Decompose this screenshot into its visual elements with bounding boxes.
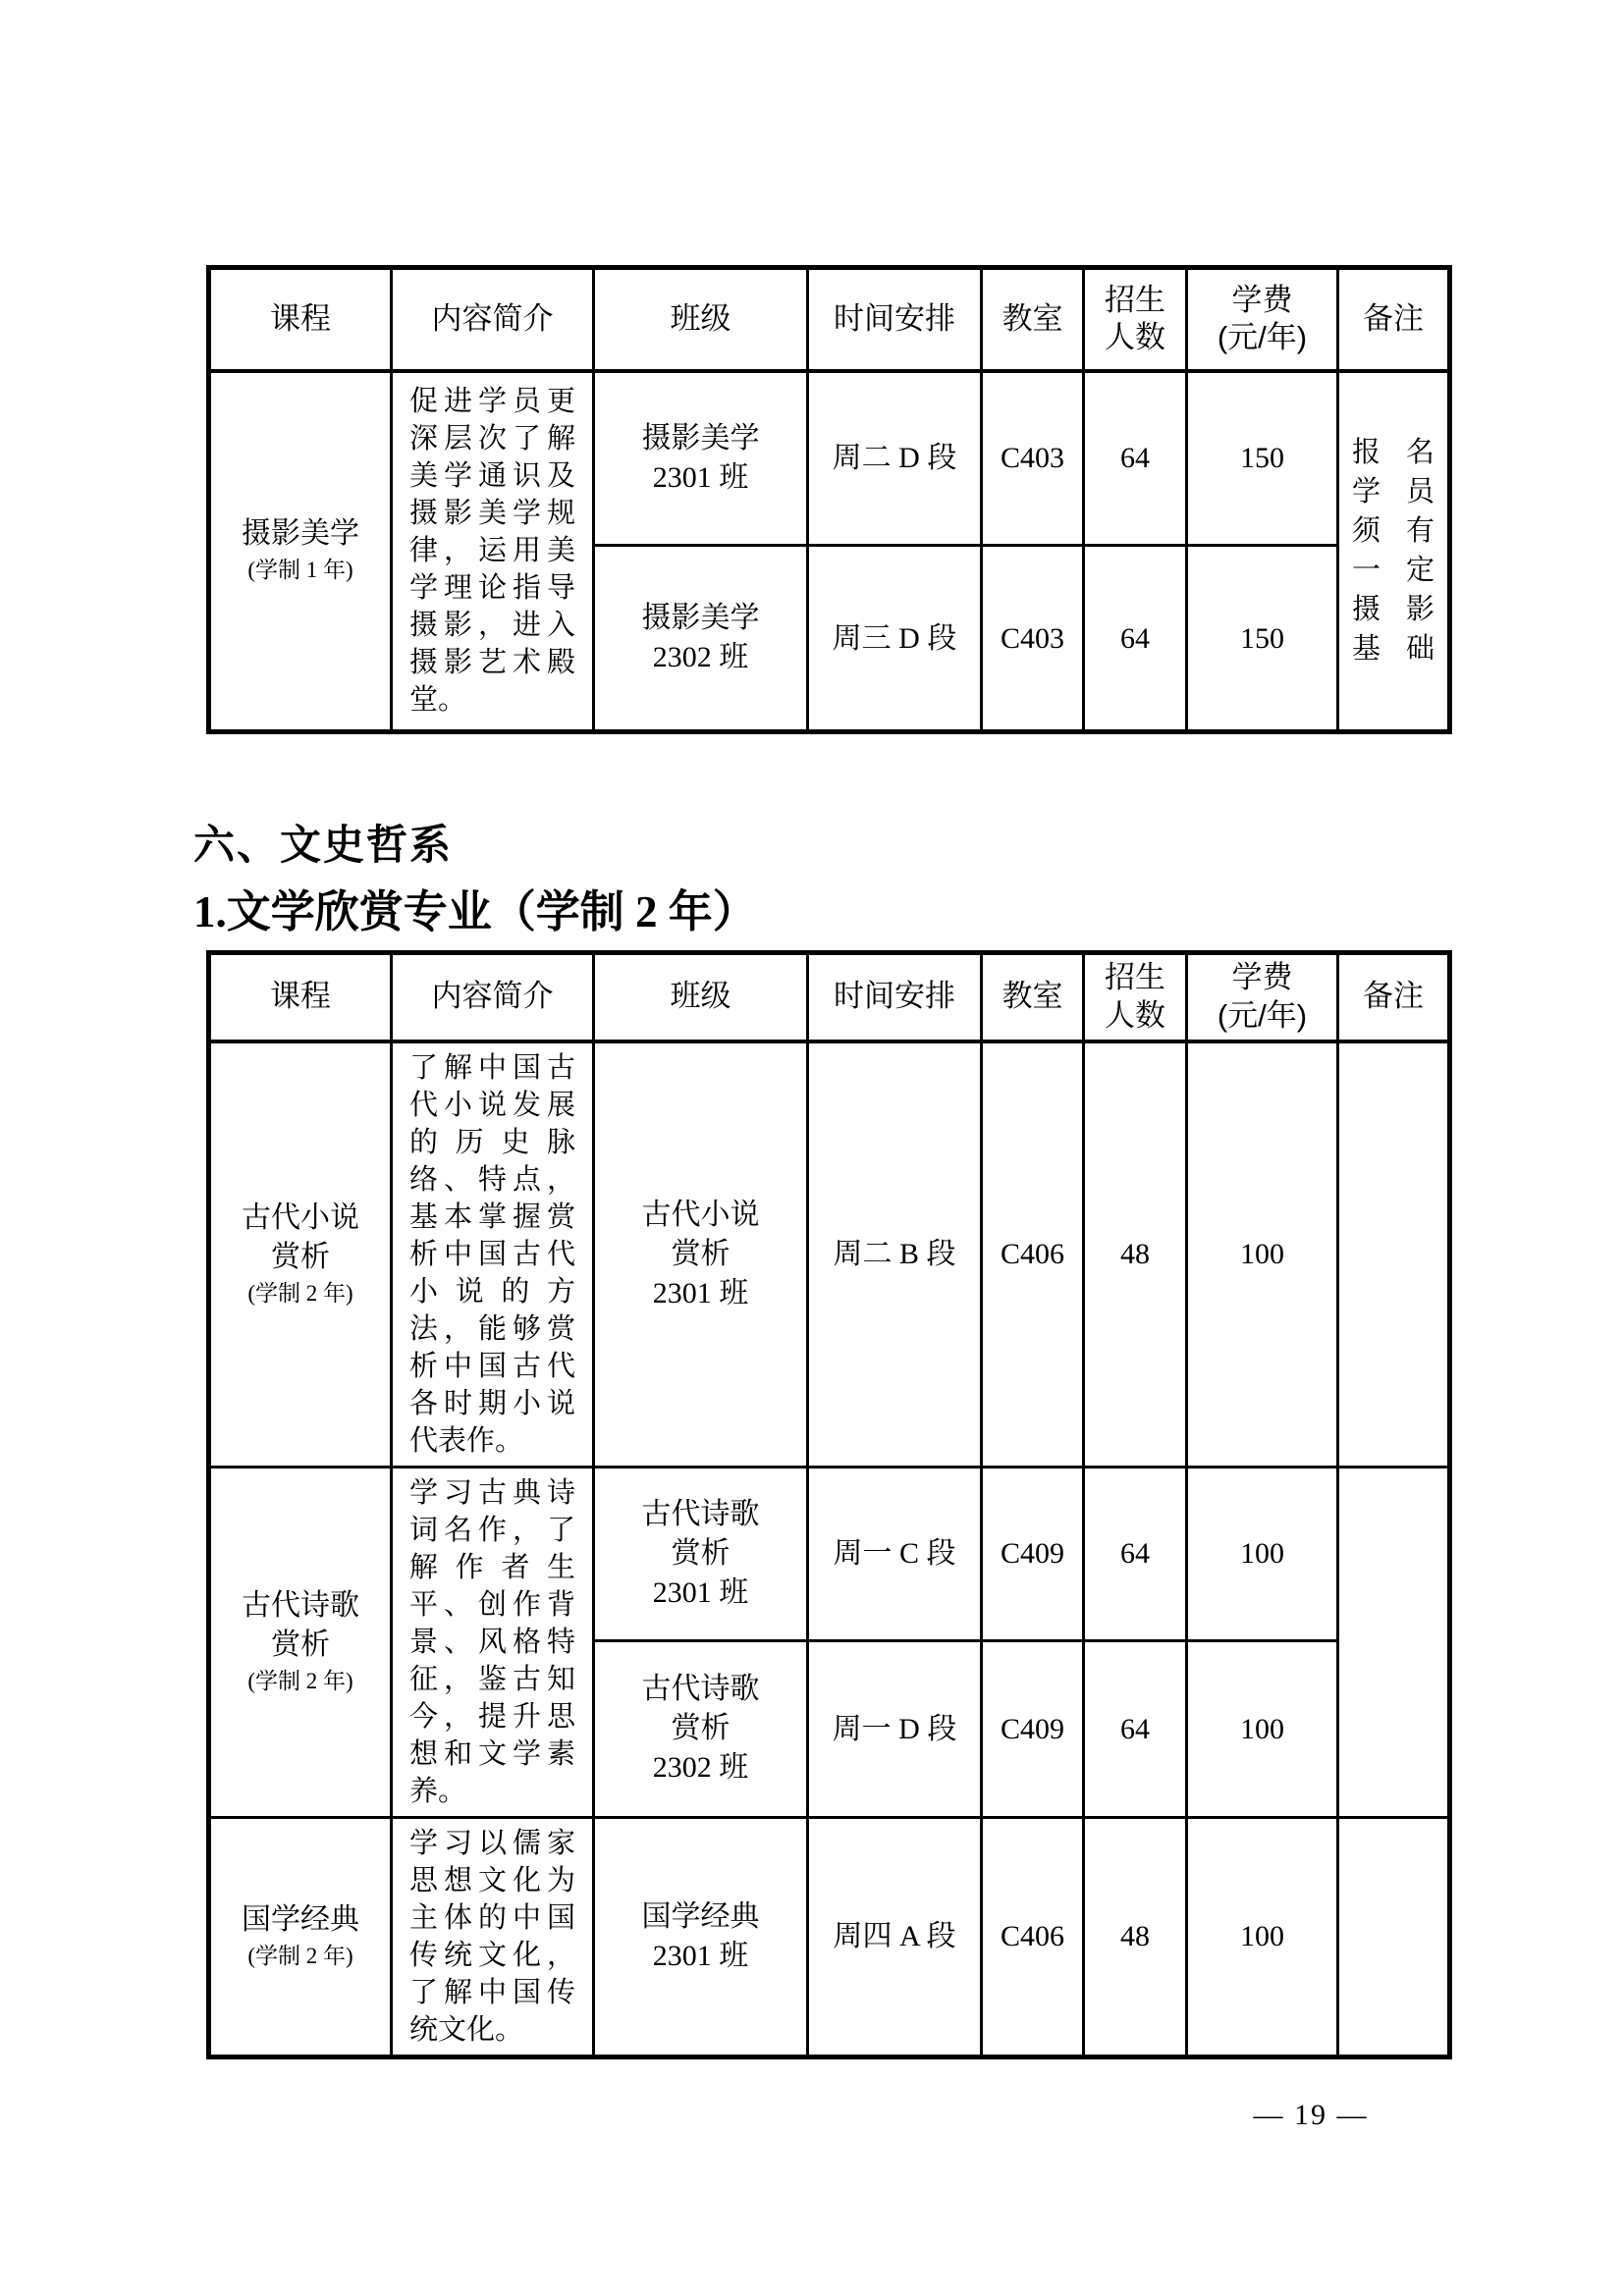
- cell-capacity: 64: [1084, 1467, 1187, 1641]
- cell-intro: 了解中国古代小说发展的历史脉络、特点，基本掌握赏析中国古代小说的方法，能够赏析中…: [392, 1041, 594, 1468]
- course-duration: (学制 2 年): [217, 1665, 384, 1698]
- header-fee: 学费 (元/年): [1187, 268, 1338, 371]
- cell-fee: 100: [1187, 1041, 1338, 1468]
- course-name: 古代小说 赏析: [217, 1199, 384, 1277]
- course-name: 古代诗歌 赏析: [217, 1586, 384, 1665]
- cell-capacity: 48: [1084, 1817, 1187, 2056]
- remark-text: 报名学员须有一定摄影基础: [1352, 433, 1435, 668]
- header-fee: 学费 (元/年): [1187, 953, 1338, 1041]
- cell-time: 周二 D 段: [808, 371, 982, 546]
- course-duration: (学制 1 年): [217, 554, 384, 587]
- table-header-row: 课程 内容简介 班级 时间安排 教室 招生 人数 学费 (元/年) 备注: [209, 953, 1450, 1041]
- cell-capacity: 64: [1084, 546, 1187, 732]
- cell-class: 国学经典 2301 班: [594, 1817, 808, 2056]
- cell-course: 古代小说 赏析 (学制 2 年): [209, 1041, 392, 1468]
- header-course: 课程: [209, 953, 392, 1041]
- cell-capacity: 64: [1084, 1641, 1187, 1817]
- cell-room: C409: [982, 1641, 1084, 1817]
- cell-time: 周四 A 段: [808, 1817, 982, 2056]
- cell-remark: 报名学员须有一定摄影基础: [1338, 371, 1450, 732]
- cell-intro: 学习古典诗词名作，了解作者生平、创作背景、风格特征，鉴古知今，提升思想和文学素养…: [392, 1467, 594, 1817]
- cell-class: 古代小说 赏析 2301 班: [594, 1041, 808, 1468]
- header-class: 班级: [594, 268, 808, 371]
- table-row: 古代诗歌 赏析 (学制 2 年) 学习古典诗词名作，了解作者生平、创作背景、风格…: [209, 1467, 1450, 1641]
- course-duration: (学制 2 年): [217, 1940, 384, 1973]
- document-page: 课程 内容简介 班级 时间安排 教室 招生 人数 学费 (元/年) 备注 摄影美…: [0, 0, 1624, 2296]
- table-header-row: 课程 内容简介 班级 时间安排 教室 招生 人数 学费 (元/年) 备注: [209, 268, 1450, 371]
- cell-capacity: 64: [1084, 371, 1187, 546]
- header-remark: 备注: [1338, 953, 1450, 1041]
- header-capacity: 招生 人数: [1084, 268, 1187, 371]
- header-room: 教室: [982, 953, 1084, 1041]
- header-class: 班级: [594, 953, 808, 1041]
- cell-class: 古代诗歌 赏析 2302 班: [594, 1641, 808, 1817]
- cell-time: 周二 B 段: [808, 1041, 982, 1468]
- header-time: 时间安排: [808, 268, 982, 371]
- cell-time: 周一 C 段: [808, 1467, 982, 1641]
- page-number: — 19 —: [1203, 2099, 1419, 2132]
- table-row: 古代小说 赏析 (学制 2 年) 了解中国古代小说发展的历史脉络、特点，基本掌握…: [209, 1041, 1450, 1468]
- course-name: 国学经典: [217, 1900, 384, 1940]
- cell-intro: 学习以儒家思想文化为主体的中国传统文化，了解中国传统文化。: [392, 1817, 594, 2056]
- cell-fee: 150: [1187, 546, 1338, 732]
- course-name: 摄影美学: [217, 514, 384, 554]
- header-room: 教室: [982, 268, 1084, 371]
- cell-intro: 促进学员更深层次了解美学通识及摄影美学规律，运用美学理论指导摄影，进入摄影艺术殿…: [392, 371, 594, 732]
- cell-fee: 150: [1187, 371, 1338, 546]
- cell-course: 摄影美学 (学制 1 年): [209, 371, 392, 732]
- cell-time: 周一 D 段: [808, 1641, 982, 1817]
- cell-course: 国学经典 (学制 2 年): [209, 1817, 392, 2056]
- cell-class: 古代诗歌 赏析 2301 班: [594, 1467, 808, 1641]
- cell-fee: 100: [1187, 1641, 1338, 1817]
- cell-remark: [1338, 1041, 1450, 1468]
- header-intro: 内容简介: [392, 953, 594, 1041]
- cell-class: 摄影美学 2302 班: [594, 546, 808, 732]
- header-capacity: 招生 人数: [1084, 953, 1187, 1041]
- cell-room: C406: [982, 1817, 1084, 2056]
- header-time: 时间安排: [808, 953, 982, 1041]
- cell-fee: 100: [1187, 1467, 1338, 1641]
- cell-course: 古代诗歌 赏析 (学制 2 年): [209, 1467, 392, 1817]
- photography-course-table: 课程 内容简介 班级 时间安排 教室 招生 人数 学费 (元/年) 备注 摄影美…: [206, 265, 1452, 734]
- subsection-heading: 1.文学欣赏专业（学制 2 年）: [193, 885, 757, 938]
- header-intro: 内容简介: [392, 268, 594, 371]
- cell-room: C406: [982, 1041, 1084, 1468]
- cell-remark: [1338, 1467, 1450, 1817]
- cell-room: C403: [982, 546, 1084, 732]
- cell-room: C403: [982, 371, 1084, 546]
- literature-course-table: 课程 内容简介 班级 时间安排 教室 招生 人数 学费 (元/年) 备注 古代小…: [206, 950, 1452, 2059]
- cell-remark: [1338, 1817, 1450, 2056]
- course-duration: (学制 2 年): [217, 1277, 384, 1310]
- table-row: 国学经典 (学制 2 年) 学习以儒家思想文化为主体的中国传统文化，了解中国传统…: [209, 1817, 1450, 2056]
- cell-room: C409: [982, 1467, 1084, 1641]
- header-course: 课程: [209, 268, 392, 371]
- table-row: 摄影美学 (学制 1 年) 促进学员更深层次了解美学通识及摄影美学规律，运用美学…: [209, 371, 1450, 546]
- header-remark: 备注: [1338, 268, 1450, 371]
- cell-time: 周三 D 段: [808, 546, 982, 732]
- cell-class: 摄影美学 2301 班: [594, 371, 808, 546]
- cell-fee: 100: [1187, 1817, 1338, 2056]
- cell-capacity: 48: [1084, 1041, 1187, 1468]
- section-heading: 六、文史哲系: [193, 821, 453, 870]
